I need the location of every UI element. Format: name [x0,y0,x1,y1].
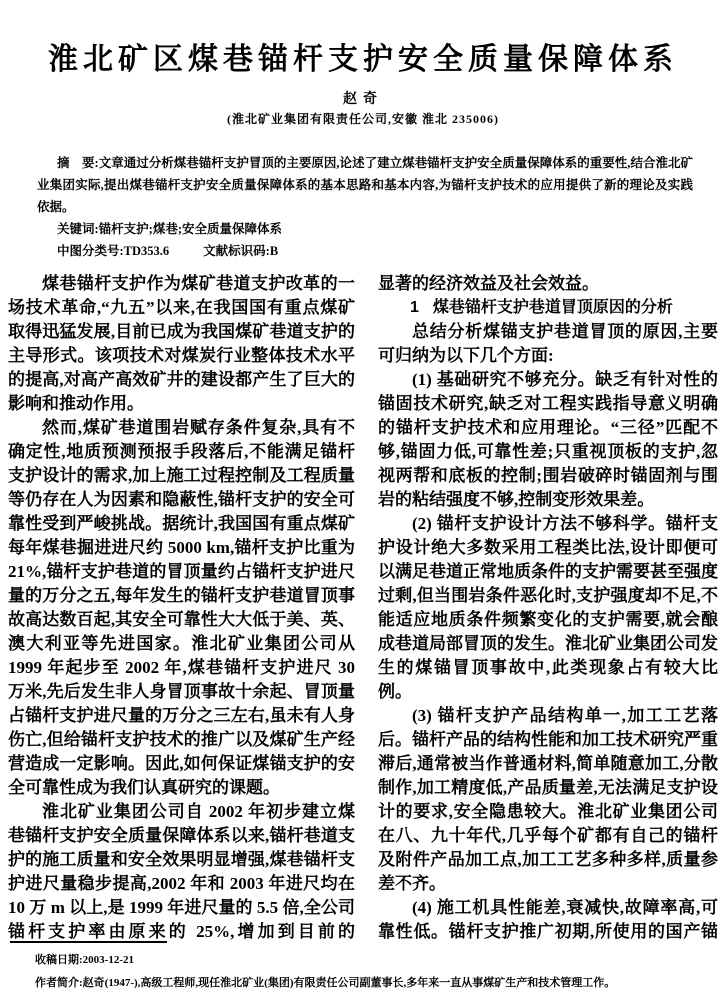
paper-page: 淮北矿区煤巷锚杆支护安全质量保障体系 赵奇 (淮北矿业集团有限责任公司,安徽 淮… [0,0,726,1000]
received-date-value: 2003-12-21 [83,954,134,966]
section-number: 1 [410,299,419,316]
abstract-block: 摘 要:文章通过分析煤巷锚杆支护冒顶的主要原因,论述了建立煤巷锚杆支护安全质量保… [37,152,693,262]
footnote-divider [10,941,167,943]
author-affiliation: (淮北矿业集团有限责任公司,安徽 淮北 235006) [0,110,726,127]
body-paragraph: (1) 基础研究不够充分。缺乏有针对性的锚固技术研究,缺乏对工程实践指导意义明确… [378,368,718,512]
two-column-body: 煤巷锚杆支护作为煤矿巷道支护改革的一场技术革命,“九五”以来,在我国国有重点煤矿… [8,272,718,940]
body-paragraph: 煤巷锚杆支护作为煤矿巷道支护改革的一场技术革命,“九五”以来,在我国国有重点煤矿… [8,272,355,416]
received-date-label: 收稿日期: [35,954,83,966]
doc-code-label: 文献标识码: [203,244,270,258]
right-column: 显著的经济效益及社会效益。 1煤巷锚杆支护巷道冒顶原因的分析 总结分析煤锚支护巷… [378,272,718,940]
keywords-label: 关键词: [57,222,99,236]
paper-title: 淮北矿区煤巷锚杆支护安全质量保障体系 [0,34,726,78]
body-paragraph: 淮北矿业集团公司自 2002 年初步建立煤巷锚杆支护安全质量保障体系以来,锚杆巷… [8,800,355,940]
abstract-label: 摘 要: [57,156,99,170]
doc-code-value: B [270,244,278,258]
abstract-paragraph: 摘 要:文章通过分析煤巷锚杆支护冒顶的主要原因,论述了建立煤巷锚杆支护安全质量保… [37,152,693,218]
body-paragraph: (2) 锚杆支护设计方法不够科学。锚杆支护设计绝大多数采用工程类比法,设计即便可… [378,512,718,704]
abstract-text: 文章通过分析煤巷锚杆支护冒顶的主要原因,论述了建立煤巷锚杆支护安全质量保障体系的… [37,156,693,214]
footnote-block: 收稿日期:2003-12-21 作者简介:赵奇(1947-),高级工程师,现任淮… [35,949,720,995]
body-paragraph: 总结分析煤锚支护巷道冒顶的原因,主要可归纳为以下几个方面: [378,320,718,368]
author-bio-label: 作者简介: [35,977,83,989]
classification-line: 中图分类号:TD353.6文献标识码:B [37,240,693,262]
keywords-text: 锚杆支护;煤巷;安全质量保障体系 [99,222,282,236]
author-bio-text: 赵奇(1947-),高级工程师,现任淮北矿业(集团)有限责任公司副董事长,多年来… [83,977,616,989]
body-paragraph: (4) 施工机具性能差,衰减快,故障率高,可靠性低。锚杆支护推广初期,所使用的国… [378,896,718,940]
received-date-line: 收稿日期:2003-12-21 [35,949,720,972]
body-paragraph: (3) 锚杆支护产品结构单一,加工工艺落后。锚杆产品的结构性能和加工技术研究严重… [378,704,718,896]
clc-label: 中图分类号: [57,244,124,258]
body-paragraph: 然而,煤矿巷道围岩赋存条件复杂,具有不确定性,地质预测预报手段落后,不能满足锚杆… [8,416,355,800]
left-column: 煤巷锚杆支护作为煤矿巷道支护改革的一场技术革命,“九五”以来,在我国国有重点煤矿… [8,272,355,940]
clc-value: TD353.6 [124,244,170,258]
section-1-heading: 1煤巷锚杆支护巷道冒顶原因的分析 [378,296,718,320]
author-name: 赵奇 [0,88,726,108]
section-title: 煤巷锚杆支护巷道冒顶原因的分析 [433,299,673,316]
keywords-line: 关键词:锚杆支护;煤巷;安全质量保障体系 [37,218,693,240]
continuation-paragraph: 显著的经济效益及社会效益。 [378,272,718,296]
author-bio-line: 作者简介:赵奇(1947-),高级工程师,现任淮北矿业(集团)有限责任公司副董事… [35,972,720,995]
